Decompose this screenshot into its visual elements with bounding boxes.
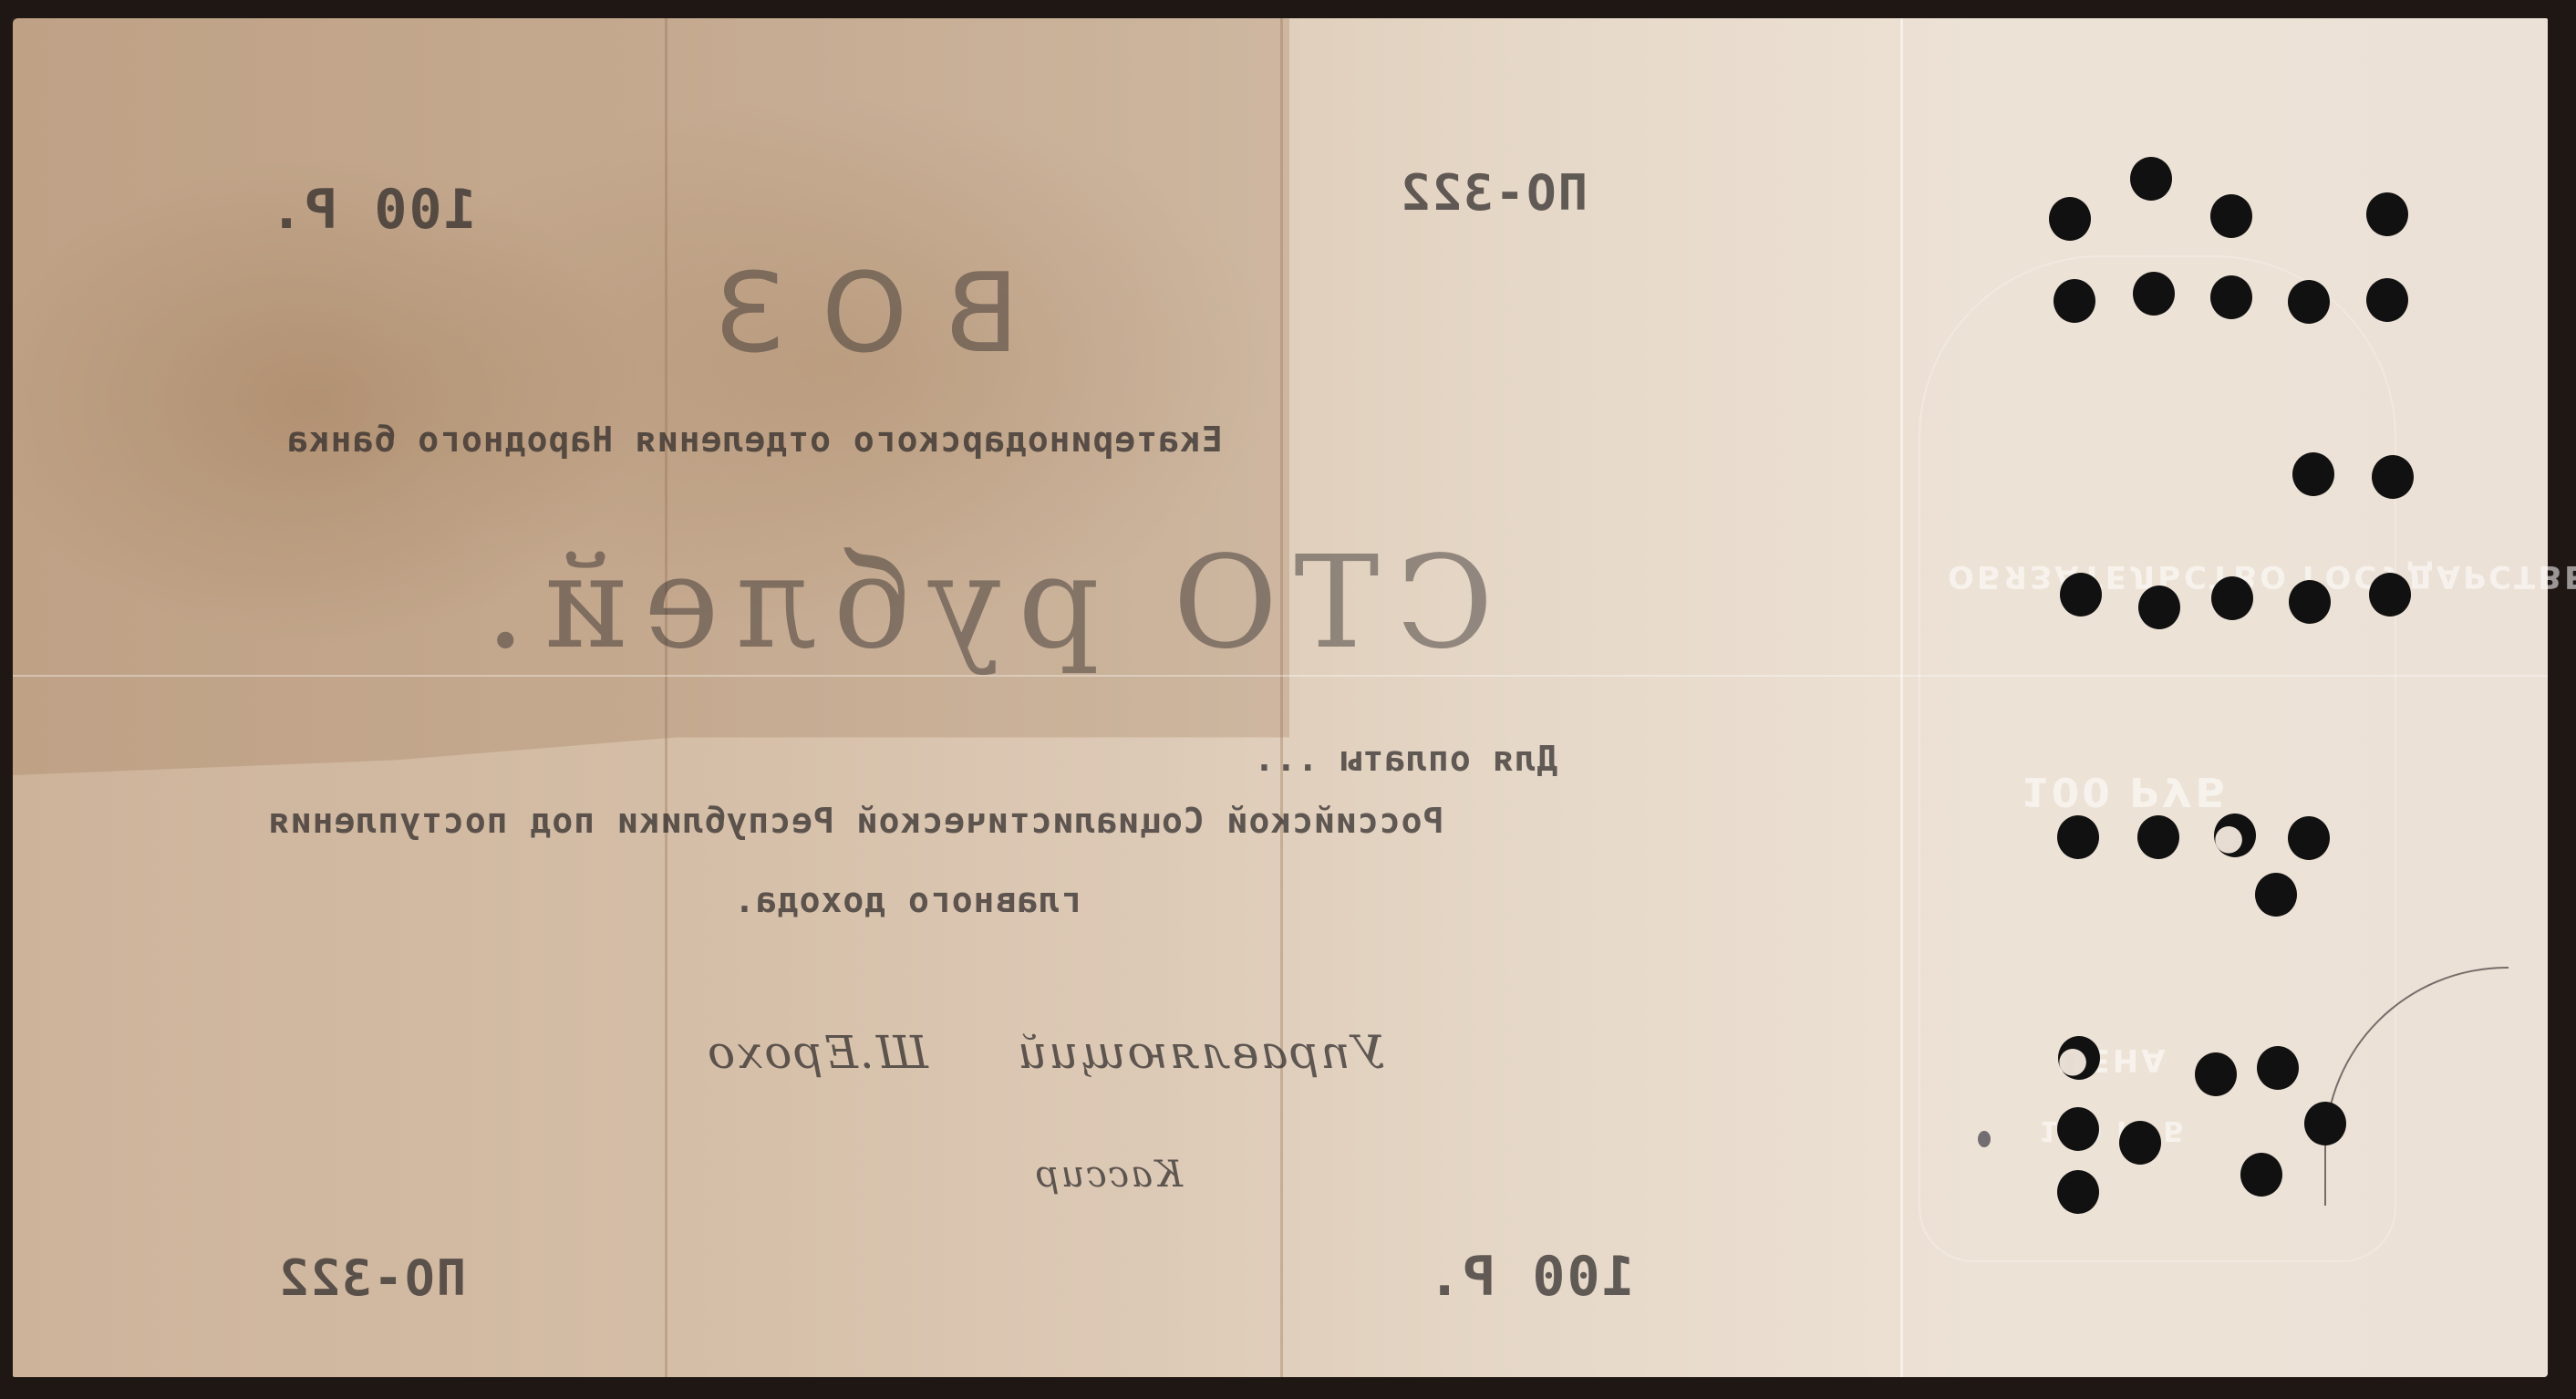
punch-hole <box>2119 1121 2161 1165</box>
payment-line-1: Для оплаты ... <box>1253 739 1557 779</box>
signature-mark: Ш.Ерохо <box>706 1026 928 1079</box>
issuer-line: Екатеринодарского отделения Народного ба… <box>286 420 1223 460</box>
punch-hole-partial <box>2058 1036 2100 1080</box>
punch-hole-partial <box>2214 813 2256 857</box>
punch-hole <box>2060 573 2102 617</box>
punch-hole <box>2138 586 2180 629</box>
amount-words: СТО рублей. <box>469 529 1494 678</box>
punch-hole <box>2133 272 2175 316</box>
cashier-label: Кассир <box>1034 1154 1183 1196</box>
serial-bottom: ПО-322 <box>277 1249 466 1307</box>
watermark-middle-text: 100 РУБ <box>2021 768 2229 814</box>
punch-hole <box>2257 1046 2299 1090</box>
punch-hole <box>2057 1107 2099 1151</box>
punch-hole <box>2057 1170 2099 1214</box>
punch-hole <box>2366 278 2408 322</box>
watermark-top-text: ОБЯЗАТЕЛЬСТВО ГОСУДАРСТВЕННОГО КАЗНАЧЕЙС… <box>1948 558 2576 595</box>
punch-hole <box>2288 280 2330 324</box>
punch-hole <box>2304 1102 2346 1145</box>
punch-hole <box>2372 455 2414 499</box>
punch-hole <box>2210 194 2252 238</box>
punch-hole <box>2366 192 2408 236</box>
punch-hole <box>2130 157 2172 201</box>
punch-hole <box>2211 576 2253 620</box>
fold-line <box>665 18 667 1377</box>
punch-hole <box>2195 1052 2237 1096</box>
punch-hole <box>2137 815 2179 859</box>
punch-hole <box>2288 816 2330 860</box>
payment-line-2: Российской Социалистической Республики п… <box>268 801 1443 841</box>
punch-hole <box>2210 275 2252 319</box>
denomination-top: 100 Р. <box>268 178 477 242</box>
payment-line-3: главного дохода. <box>733 880 1081 920</box>
punch-hole <box>2289 580 2331 624</box>
punch-hole <box>2054 279 2095 323</box>
punch-hole <box>2240 1153 2282 1197</box>
fold-line <box>1280 18 1283 1377</box>
fold-line <box>1900 18 1903 1377</box>
denomination-bottom: 100 Р. <box>1426 1245 1635 1309</box>
punch-hole <box>2049 197 2091 241</box>
ink-spot <box>1978 1131 1991 1147</box>
banknote-sheet: 100 Р. ПО-322 ВОЗ Екатеринодарского отде… <box>13 18 2548 1377</box>
punch-hole <box>2255 873 2297 917</box>
punch-hole <box>2369 573 2411 617</box>
header-letters: ВОЗ <box>678 251 1019 378</box>
punch-hole <box>2292 452 2334 496</box>
punch-hole <box>2057 815 2099 859</box>
signature-label: Управляющий <box>1016 1026 1385 1079</box>
serial-top: ПО-322 <box>1399 164 1588 222</box>
